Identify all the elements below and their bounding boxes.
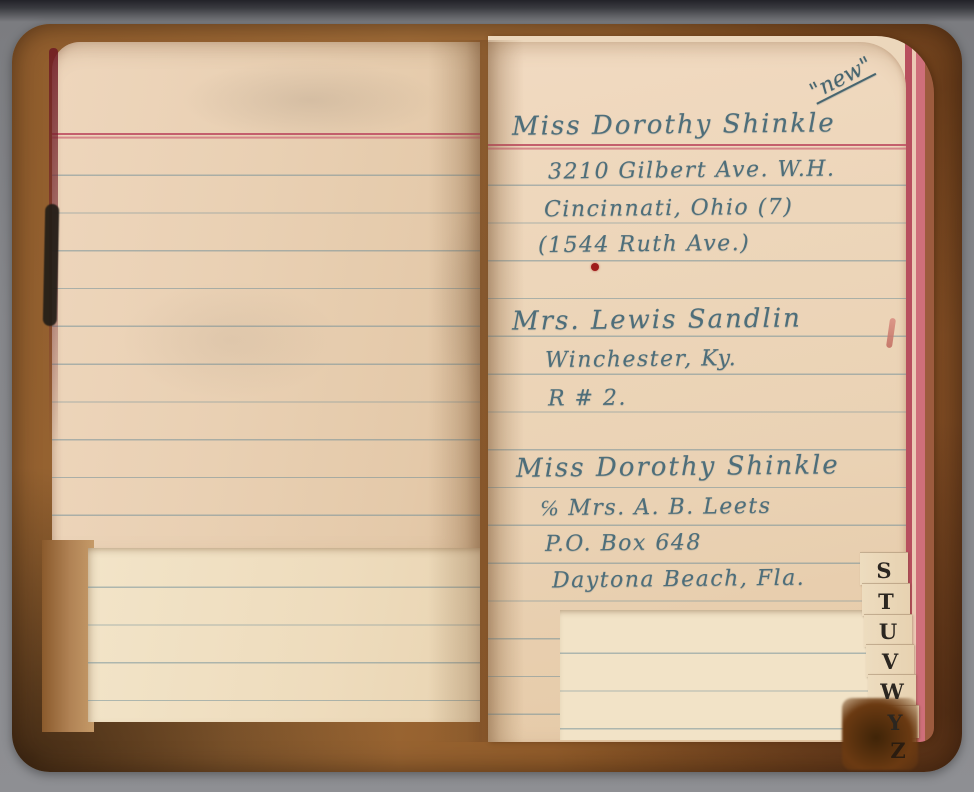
entry-line: Winchester, Ky. (545, 346, 737, 373)
entry-line: P.O. Box 648 (545, 530, 702, 557)
scanned-photo: { "document": { "kind": "handwritten add… (0, 0, 974, 792)
entry-line: R # 2. (548, 386, 627, 412)
pen-mark (43, 204, 60, 326)
spine-shadow (428, 40, 524, 742)
left-under-page (88, 548, 480, 722)
tab-letter-y: Y (871, 710, 919, 735)
entry-name: Miss Dorothy Shinkle (512, 108, 836, 141)
entry-name: Mrs. Lewis Sandlin (512, 303, 802, 336)
tab-letter-s: S (860, 558, 908, 583)
tab-letter-t: T (862, 589, 910, 614)
paper-smudge (120, 280, 340, 400)
red-ink-dot (591, 263, 599, 271)
margin-line-right (488, 144, 906, 146)
tab-letter-v: V (866, 649, 914, 674)
entry-line: (1544 Ruth Ave.) (538, 231, 751, 258)
entry-name: Miss Dorothy Shinkle (516, 450, 840, 483)
entry-line: Cincinnati, Ohio (7) (544, 195, 794, 223)
entry-line: 3210 Gilbert Ave. W.H. (548, 156, 836, 184)
tab-letter-u: U (864, 619, 912, 644)
entry-line: Daytona Beach, Fla. (552, 566, 805, 594)
entry-line: ℅ Mrs. A. B. Leets (540, 493, 772, 521)
tab-letter-w: W (868, 679, 916, 704)
paper-smudge (180, 60, 440, 140)
page-stack-edge (42, 540, 94, 732)
ruled-lines-left-under (88, 550, 480, 722)
tab-letter-z: Z (874, 738, 922, 763)
